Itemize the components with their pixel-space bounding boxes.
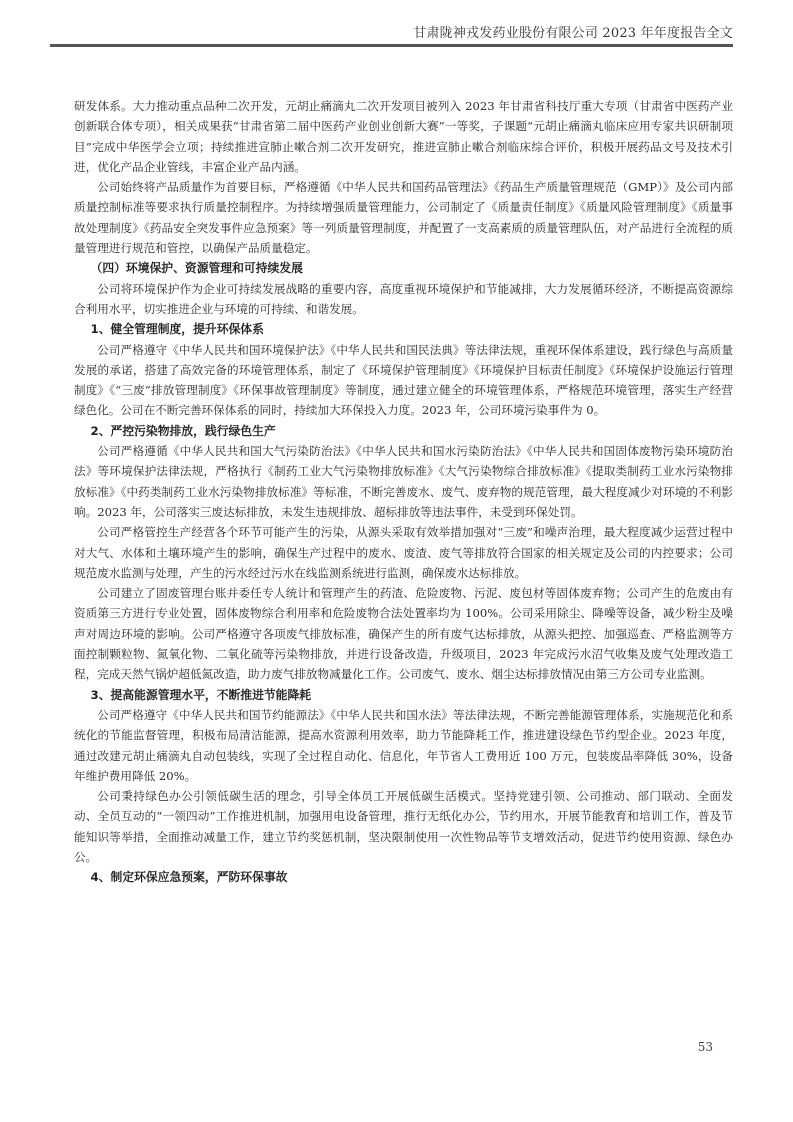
paragraph-green-office: 公司秉持绿色办公引领低碳生活的理念，引导全体员工开展低碳生活模式。坚持党建引领、… <box>74 786 733 867</box>
paragraph-management-system: 公司严格遵守《中华人民共和国环境保护法》《中华人民共和国民法典》等法律法规，重视… <box>74 340 733 421</box>
subheading-pollution-control: 2、严控污染物排放，践行绿色生产 <box>74 421 733 441</box>
page-body: 研发体系。大力推动重点品种二次开发，元胡止痛滴丸二次开发项目被列入 2023 年… <box>74 96 733 888</box>
section-heading-environment: （四）环境保护、资源管理和可持续发展 <box>74 258 733 278</box>
paragraph-pollution-laws: 公司严格遵循《中华人民共和国大气污染防治法》《中华人民共和国水污染防治法》《中华… <box>74 441 733 522</box>
paragraph-pollution-sources: 公司严格管控生产经营各个环节可能产生的污染，从源头采取有效举措加强对“三废”和噪… <box>74 522 733 583</box>
paragraph-quality-control: 公司始终将产品质量作为首要目标，严格遵循《中华人民共和国药品管理法》《药品生产质… <box>74 177 733 258</box>
report-header-title: 甘肃陇神戎发药业股份有限公司 2023 年年度报告全文 <box>413 22 733 41</box>
paragraph-environment-intro: 公司将环境保护作为企业可持续发展战略的重要内容，高度重视环境保护和节能减排，大力… <box>74 279 733 320</box>
subheading-emergency-plan: 4、制定环保应急预案，严防环保事故 <box>74 867 733 887</box>
paragraph-energy-laws: 公司严格遵守《中华人民共和国节约能源法》《中华人民共和国水法》等法律法规，不断完… <box>74 705 733 786</box>
paragraph-solid-waste: 公司建立了固废管理台账并委任专人统计和管理产生的药渣、危险废物、污泥、废包材等固… <box>74 583 733 684</box>
subheading-management-system: 1、健全管理制度，提升环保体系 <box>74 319 733 339</box>
paragraph-rd-system: 研发体系。大力推动重点品种二次开发，元胡止痛滴丸二次开发项目被列入 2023 年… <box>74 96 733 177</box>
subheading-energy-management: 3、提高能源管理水平，不断推进节能降耗 <box>74 685 733 705</box>
page-number: 53 <box>0 1040 793 1054</box>
header-divider <box>50 44 733 47</box>
